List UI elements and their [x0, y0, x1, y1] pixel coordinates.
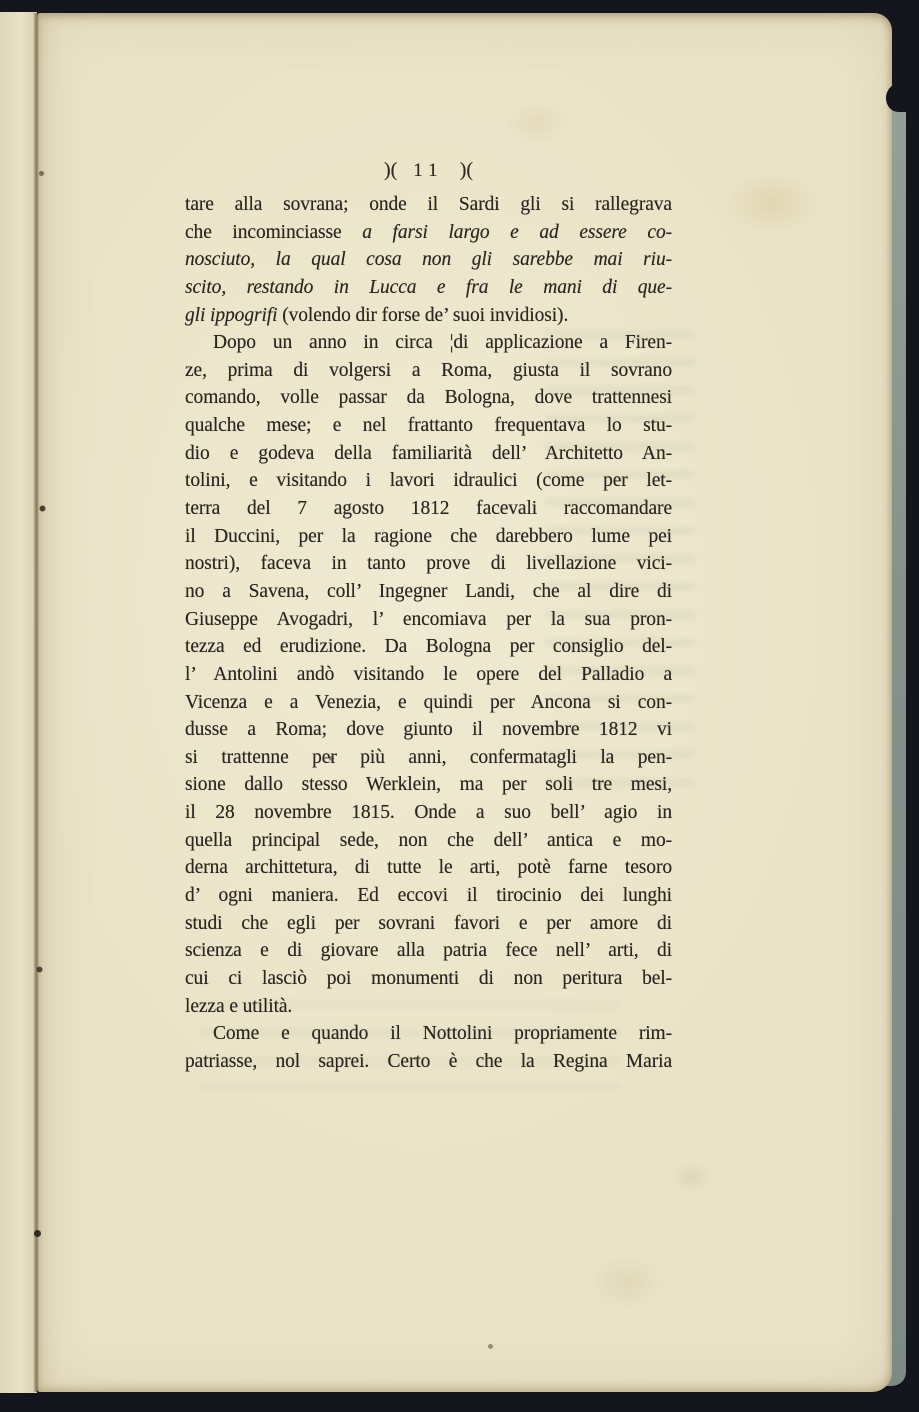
text-line: tolini, e visitando i lavori idraulici (…	[185, 467, 672, 495]
text-run: no a Savena, coll’ Ingegner Landi, che a…	[185, 581, 672, 602]
text-line: Come e quando il Nottolini propriamente …	[185, 1020, 672, 1048]
text-run: Vicenza e a Venezia, e quindi per Ancona…	[185, 692, 672, 713]
text-run: dio e godeva della familiarità dell’ Arc…	[185, 443, 672, 464]
adjacent-page-strip	[0, 12, 37, 1393]
text-line: dusse a Roma; dove giunto il novembre 18…	[185, 716, 672, 744]
text-run: studi che egli per sovrani favori e per …	[185, 913, 672, 934]
text-line: d’ ogni maniera. Ed eccovi il tirocinio …	[185, 882, 672, 910]
text-line: derna archittetura, di tutte le arti, po…	[185, 854, 672, 882]
text-line: studi che egli per sovrani favori e per …	[185, 910, 672, 938]
text-line: l’ Antolini andò visitando le opere del …	[185, 661, 672, 689]
text-run: qualche mese; e nel frattanto frequentav…	[185, 415, 672, 436]
text-run: Dopo un anno in circa ¦di applicazione a…	[213, 332, 672, 353]
text-line: nostri), faceva in tanto prove di livell…	[185, 550, 672, 578]
text-line: Dopo un anno in circa ¦di applicazione a…	[185, 329, 672, 357]
text-line: scienza e di giovare alla patria fece ne…	[185, 937, 672, 965]
text-run: tolini, e visitando i lavori idraulici (…	[185, 470, 672, 491]
text-line: nosciuto, la qual cosa non gli sarebbe m…	[185, 246, 672, 274]
text-line: tezza ed erudizione. Da Bologna per cons…	[185, 633, 672, 661]
text-run: quella principal sede, non che dell’ ant…	[185, 830, 672, 851]
text-run: nostri), faceva in tanto prove di livell…	[185, 553, 672, 574]
text-line: terra del 7 agosto 1812 facevali raccoma…	[185, 495, 672, 523]
text-line: qualche mese; e nel frattanto frequentav…	[185, 412, 672, 440]
text-line: ze, prima di volgersi a Roma, giusta il …	[185, 357, 672, 385]
text-run: il Duccini, per la ragione che darebbero…	[185, 526, 672, 547]
text-line: comando, volle passar da Bologna, dove t…	[185, 384, 672, 412]
text-run: sione dallo stesso Werklein, ma per soli…	[185, 774, 672, 795]
italic-text-run: scito, restando in Lucca e fra le mani d…	[185, 277, 672, 298]
text-run: lezza e utilità.	[185, 996, 292, 1017]
binding-crease	[33, 13, 39, 1392]
text-line: Giuseppe Avogadri, l’ encomiava per la s…	[185, 606, 672, 634]
text-line: gli ippogrifi (volendo dir forse de’ suo…	[185, 302, 672, 330]
text-line: sione dallo stesso Werklein, ma per soli…	[185, 771, 672, 799]
header-right-mark: )(	[460, 159, 473, 181]
text-run: ze, prima di volgersi a Roma, giusta il …	[185, 360, 672, 381]
text-line: patriasse, nol saprei. Certo è che la Re…	[185, 1048, 672, 1076]
text-line: scito, restando in Lucca e fra le mani d…	[185, 274, 672, 302]
text-run: patriasse, nol saprei. Certo è che la Re…	[185, 1051, 672, 1072]
text-run: il 28 novembre 1815. Onde a suo bell’ ag…	[185, 802, 672, 823]
text-run: l’ Antolini andò visitando le opere del …	[185, 664, 672, 685]
text-line: cui ci lasciò poi monumenti di non perit…	[185, 965, 672, 993]
page-number-header: )(11)(	[185, 159, 672, 182]
text-line: Vicenza e a Venezia, e quindi per Ancona…	[185, 689, 672, 717]
text-run: che incominciasse	[185, 222, 362, 243]
text-run: (volendo dir forse de’ suoi invidiosi).	[282, 305, 568, 326]
text-run: tare alla sovrana; onde il Sardi gli si …	[185, 194, 672, 215]
italic-text-run: gli ippogrifi	[185, 305, 282, 326]
text-run: tezza ed erudizione. Da Bologna per cons…	[185, 636, 672, 657]
text-block: tare alla sovrana; onde il Sardi gli si …	[185, 191, 672, 1076]
page-edge-notch	[886, 84, 910, 112]
header-left-mark: )(	[384, 159, 397, 181]
text-run: Giuseppe Avogadri, l’ encomiava per la s…	[185, 609, 672, 630]
text-line: si trattenne per più anni, confermatagli…	[185, 744, 672, 772]
text-line: no a Savena, coll’ Ingegner Landi, che a…	[185, 578, 672, 606]
text-run: derna archittetura, di tutte le arti, po…	[185, 857, 672, 878]
text-run: si trattenne per più anni, confermatagli…	[185, 747, 672, 768]
text-line: il Duccini, per la ragione che darebbero…	[185, 523, 672, 551]
text-run: d’ ogni maniera. Ed eccovi il tirocinio …	[185, 885, 672, 906]
text-run: comando, volle passar da Bologna, dove t…	[185, 387, 672, 408]
scanned-book-photo: )(11)( tare alla sovrana; onde il Sardi …	[0, 0, 919, 1412]
page-number: 11	[413, 160, 443, 182]
paper-specks	[0, 0, 3, 3]
text-line: che incominciasse a farsi largo e ad ess…	[185, 219, 672, 247]
text-run: cui ci lasciò poi monumenti di non perit…	[185, 968, 672, 989]
text-run: Come e quando il Nottolini propriamente …	[213, 1023, 672, 1044]
italic-text-run: nosciuto, la qual cosa non gli sarebbe m…	[185, 249, 672, 270]
italic-text-run: a farsi largo e ad essere co-	[362, 222, 672, 243]
text-line: quella principal sede, non che dell’ ant…	[185, 827, 672, 855]
text-line: tare alla sovrana; onde il Sardi gli si …	[185, 191, 672, 219]
text-line: il 28 novembre 1815. Onde a suo bell’ ag…	[185, 799, 672, 827]
text-line: dio e godeva della familiarità dell’ Arc…	[185, 440, 672, 468]
text-run: terra del 7 agosto 1812 facevali raccoma…	[185, 498, 672, 519]
text-run: scienza e di giovare alla patria fece ne…	[185, 940, 672, 961]
text-run: dusse a Roma; dove giunto il novembre 18…	[185, 719, 672, 740]
text-line: lezza e utilità.	[185, 993, 672, 1021]
